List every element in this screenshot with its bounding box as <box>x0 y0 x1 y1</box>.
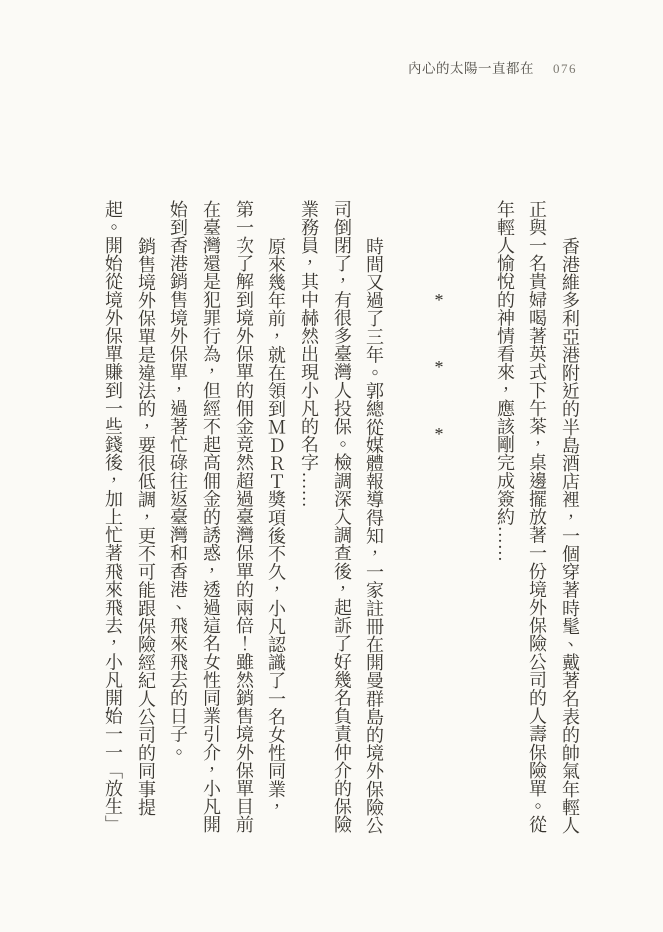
running-title: 內心的太陽一直都在 <box>408 57 534 77</box>
paragraph-3-col-3: 在臺灣還是犯罪行為，但經不起高佣金的誘惑，透過這名女性同業引介，小凡開 <box>194 200 228 840</box>
running-header: 內心的太陽一直都在 076 <box>408 57 577 77</box>
asterisk-icon: * <box>435 358 444 376</box>
section-break: * * * <box>422 291 456 443</box>
asterisk-icon: * <box>435 425 444 443</box>
paragraph-4-col-1: 銷售境外保單是違法的，要很低調，更不可能跟保險經紀人公司的同事提 <box>129 200 163 840</box>
paragraph-1-col-2: 正與一名貴婦喝著英式下午茶，桌邊擺放著一份境外保險公司的人壽保險單。從 <box>520 200 554 840</box>
paragraph-1-col-1: 香港維多利亞港附近的半島酒店裡，一個穿著時髦、戴著名表的帥氣年輕人 <box>553 200 587 840</box>
paragraph-2-col-3: 業務員，其中赫然出現小凡的名字…… <box>292 200 326 840</box>
paragraph-2-col-1: 時間又過了三年。郭總從媒體報導得知，一家註冊在開曼群島的境外保險公 <box>357 200 391 840</box>
book-page: 內心的太陽一直都在 076 香港維多利亞港附近的半島酒店裡，一個穿著時髦、戴著名… <box>0 0 663 932</box>
paragraph-1-col-3: 年輕人愉悅的神情看來，應該剛完成簽約…… <box>488 200 522 840</box>
paragraph-3-col-4: 始到香港銷售境外保單，過著忙碌往返臺灣和香港、飛來飛去的日子。 <box>161 200 195 840</box>
page-number: 076 <box>553 61 577 77</box>
paragraph-4-col-2: 起。開始從境外保單賺到一些錢後，加上忙著飛來飛去，小凡開始一一「放生」 <box>96 200 130 840</box>
asterisk-icon: * <box>435 291 444 309</box>
paragraph-3-col-1: 原來幾年前，就在領到ＭＤＲＴ獎項後不久，小凡認識了一名女性同業， <box>259 200 293 840</box>
paragraph-3-col-2: 第一次了解到境外保單的佣金竟然超過臺灣保單的兩倍！雖然銷售境外保單目前 <box>227 200 261 840</box>
paragraph-2-col-2: 司倒閉了，有很多臺灣人投保。檢調深入調查後，起訴了好幾名負責仲介的保險 <box>325 200 359 840</box>
